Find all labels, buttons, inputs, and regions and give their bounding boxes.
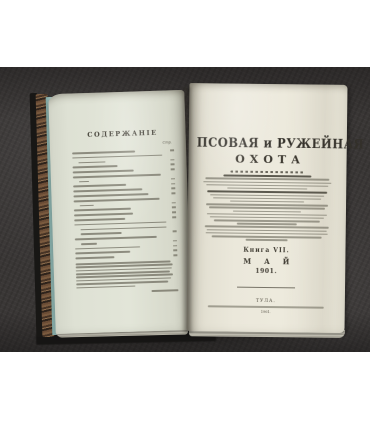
toc-line (75, 235, 177, 240)
toc-page-number (170, 149, 174, 151)
toc-page-number (171, 188, 175, 190)
toc-page-number (172, 211, 176, 213)
toc-line (73, 178, 175, 183)
toc-page-number (172, 216, 176, 218)
contents-heading: СОДЕРЖАНІЕ (71, 128, 173, 139)
toc-text-line (75, 246, 140, 250)
toc-page-number (172, 202, 176, 204)
toc-line (75, 226, 177, 231)
toc-text-line (74, 208, 131, 211)
toc-line (72, 154, 174, 159)
toc-page-number (171, 192, 175, 194)
contents-footer-line (77, 289, 179, 294)
toc-text-line (81, 226, 167, 230)
toc-line (73, 183, 175, 188)
toc-text-line (74, 213, 133, 217)
page-column-header: Стр. (72, 140, 174, 147)
imprint-text-line (237, 223, 297, 225)
imprint-text-line (223, 174, 311, 177)
toc-line (74, 221, 176, 226)
toc-line (74, 197, 176, 202)
imprint-text-line (214, 219, 319, 222)
toc-text-line (73, 193, 148, 197)
footer-text-line (152, 289, 179, 292)
toc-text-line (73, 174, 161, 178)
book-gutter-shadow (181, 87, 193, 333)
issue-year: 1901. (195, 267, 337, 276)
toc-line (74, 211, 176, 216)
imprint-text-line (233, 210, 301, 212)
toc-line (75, 240, 177, 245)
toc-text-line (75, 251, 130, 254)
book-number: Книга VII. (195, 246, 337, 255)
toc-line (74, 216, 176, 221)
toc-line (73, 164, 175, 169)
book-photo: СОДЕРЖАНІЕ Стр. ПСОВАЯ и РУЖЕЙНАЯ ОХОТА … (0, 67, 370, 352)
toc-page-number (171, 183, 175, 185)
toc-page-number (170, 159, 174, 161)
toc-text-line (74, 218, 125, 221)
toc-line (75, 254, 177, 259)
journal-title-line1: ПСОВАЯ и РУЖЕЙНАЯ (197, 134, 339, 152)
left-page-contents: СОДЕРЖАНІЕ Стр. (48, 90, 191, 334)
toc-page-number (173, 231, 177, 233)
publication-city: ТУЛА. (195, 298, 337, 305)
imprint-text-block (196, 170, 339, 241)
toc-text-line (76, 285, 135, 289)
toc-line (75, 231, 177, 236)
journal-title-line2: ОХОТА (197, 152, 339, 167)
toc-page-number (171, 164, 175, 166)
divider-rule (237, 287, 295, 289)
imprint-text-line (245, 239, 288, 241)
toc-line (73, 192, 175, 197)
toc-page-number (173, 240, 177, 242)
imprint-text-line (227, 187, 307, 189)
toc-line (75, 250, 177, 255)
toc-text-line (80, 204, 94, 206)
toc-text-line (72, 150, 135, 154)
toc-line (75, 245, 177, 250)
toc-text-line (74, 221, 166, 226)
toc-text-line (81, 243, 97, 245)
spaced-caps-line (231, 171, 305, 174)
toc-page-number (171, 178, 175, 180)
toc-text-line (75, 236, 157, 240)
toc-text-line (72, 154, 162, 159)
toc-text-line (73, 165, 118, 168)
toc-line (74, 202, 176, 207)
contents-footnote-paragraph (76, 260, 179, 289)
toc-text-line (81, 232, 122, 235)
toc-text-line (73, 170, 134, 174)
toc-line (72, 159, 174, 164)
toc-page-number (173, 250, 177, 252)
toc-text-line (73, 184, 126, 187)
toc-line (74, 207, 176, 212)
toc-page-number (171, 168, 175, 170)
toc-text-line (74, 198, 160, 202)
toc-text-line (78, 161, 105, 164)
contents-list (72, 149, 177, 259)
toc-line (73, 188, 175, 193)
toc-line (73, 173, 175, 178)
toc-text-line (79, 181, 89, 183)
toc-text-line (73, 189, 142, 193)
toc-page-number (173, 245, 177, 247)
imprint-year: 1901. (195, 309, 337, 315)
toc-text-line (75, 256, 114, 259)
toc-line (73, 168, 175, 173)
issue-month: МАЙ (195, 256, 337, 267)
toc-line (72, 149, 174, 154)
right-page-title: ПСОВАЯ и РУЖЕЙНАЯ ОХОТА Книга VII. МАЙ 1… (186, 83, 347, 333)
imprint-line (196, 238, 338, 241)
toc-page-number (173, 254, 177, 256)
printer-line (208, 306, 324, 309)
toc-page-number (172, 207, 176, 209)
imprint-text-line (230, 201, 304, 203)
